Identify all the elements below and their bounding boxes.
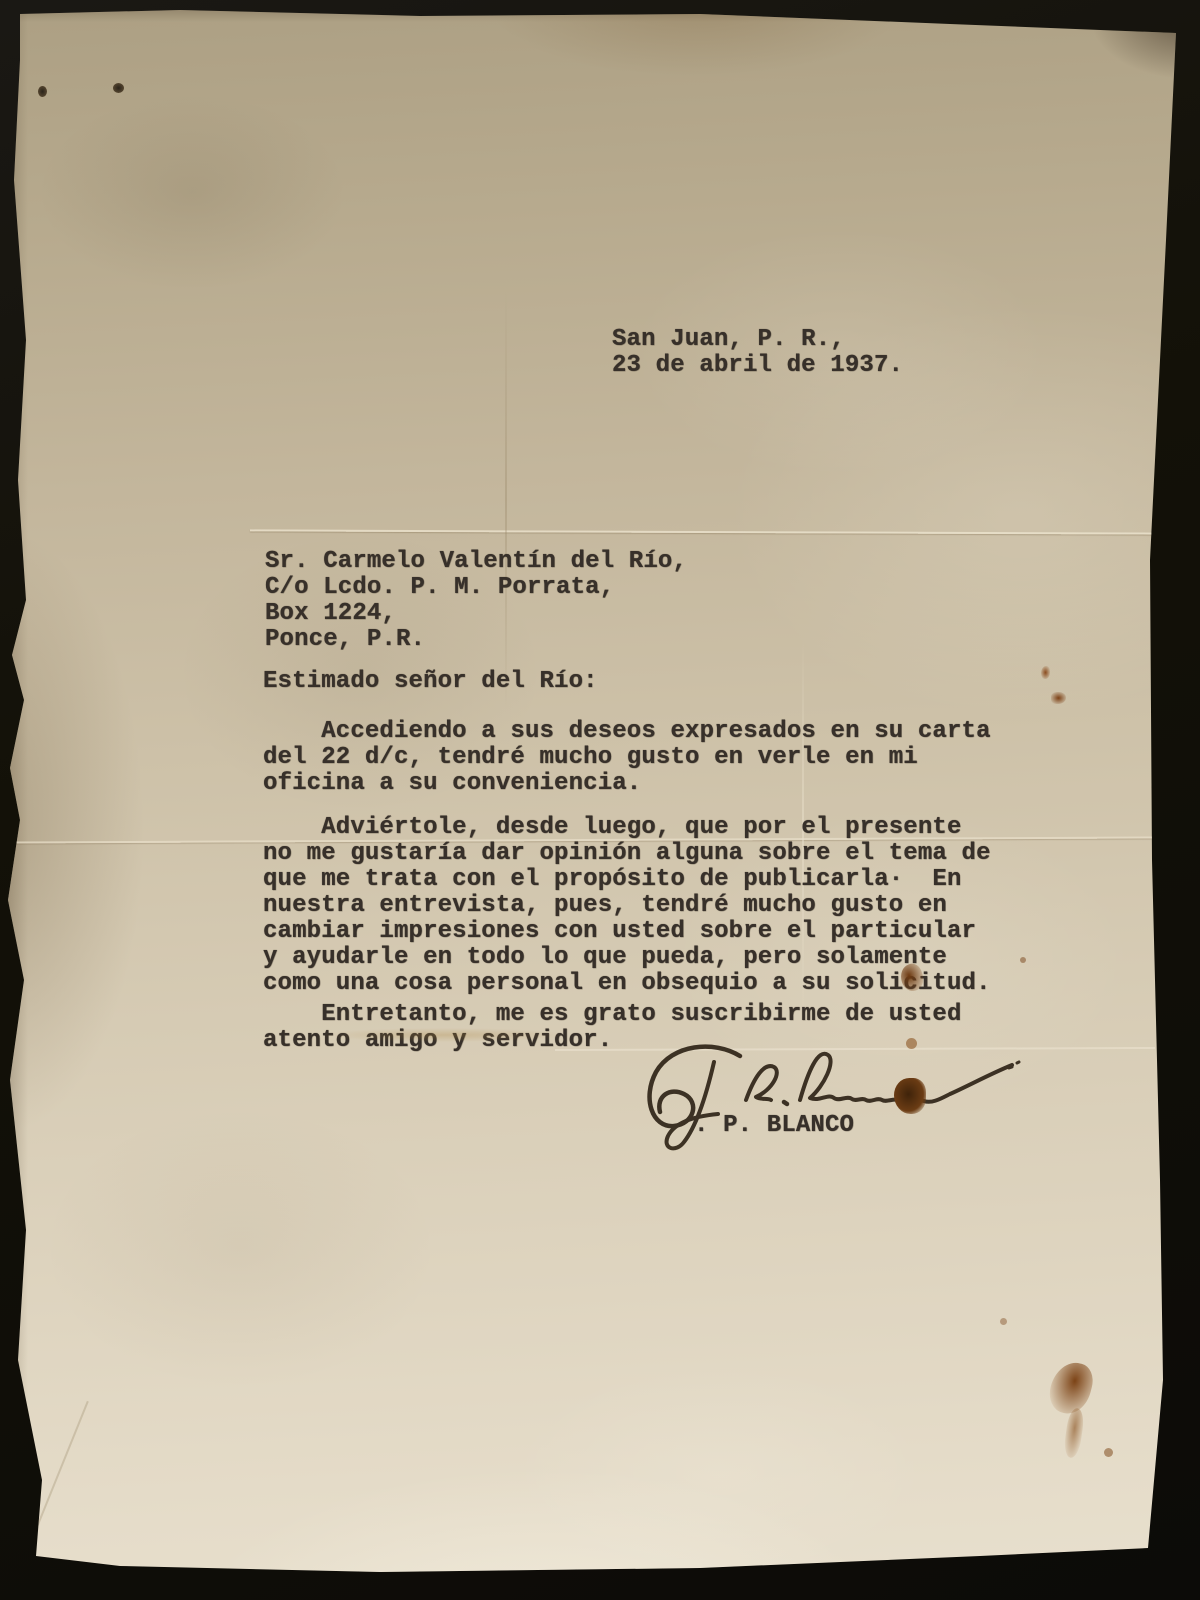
pinhole [113, 83, 124, 93]
rust-stain-bottom [1063, 1407, 1086, 1459]
diagonal-crease-bottom-left [23, 1401, 89, 1559]
salutation: Estimado señor del Río: [263, 669, 598, 695]
rust-speck [1104, 1448, 1113, 1457]
fold-crease-upper [250, 529, 1155, 534]
rust-speck [1041, 666, 1050, 679]
paragraph-1: Accediendo a sus deseos expresados en su… [263, 719, 991, 797]
handwritten-signature [628, 1036, 1028, 1158]
dateline: San Juan, P. R., 23 de abril de 1937. [612, 327, 903, 379]
rust-stain-bottom [1045, 1358, 1096, 1418]
pinhole [38, 86, 47, 97]
rust-speck [1000, 1318, 1007, 1325]
paragraph-2: Adviértole, desde luego, que por el pres… [263, 815, 991, 997]
rust-speck [1051, 692, 1066, 704]
rust-speck [1020, 957, 1026, 963]
photo-background: San Juan, P. R., 23 de abril de 1937. Sr… [0, 0, 1200, 1600]
letter-paper: San Juan, P. R., 23 de abril de 1937. Sr… [0, 0, 1200, 1600]
recipient-address: Sr. Carmelo Valentín del Río, C/o Lcdo. … [265, 549, 687, 653]
